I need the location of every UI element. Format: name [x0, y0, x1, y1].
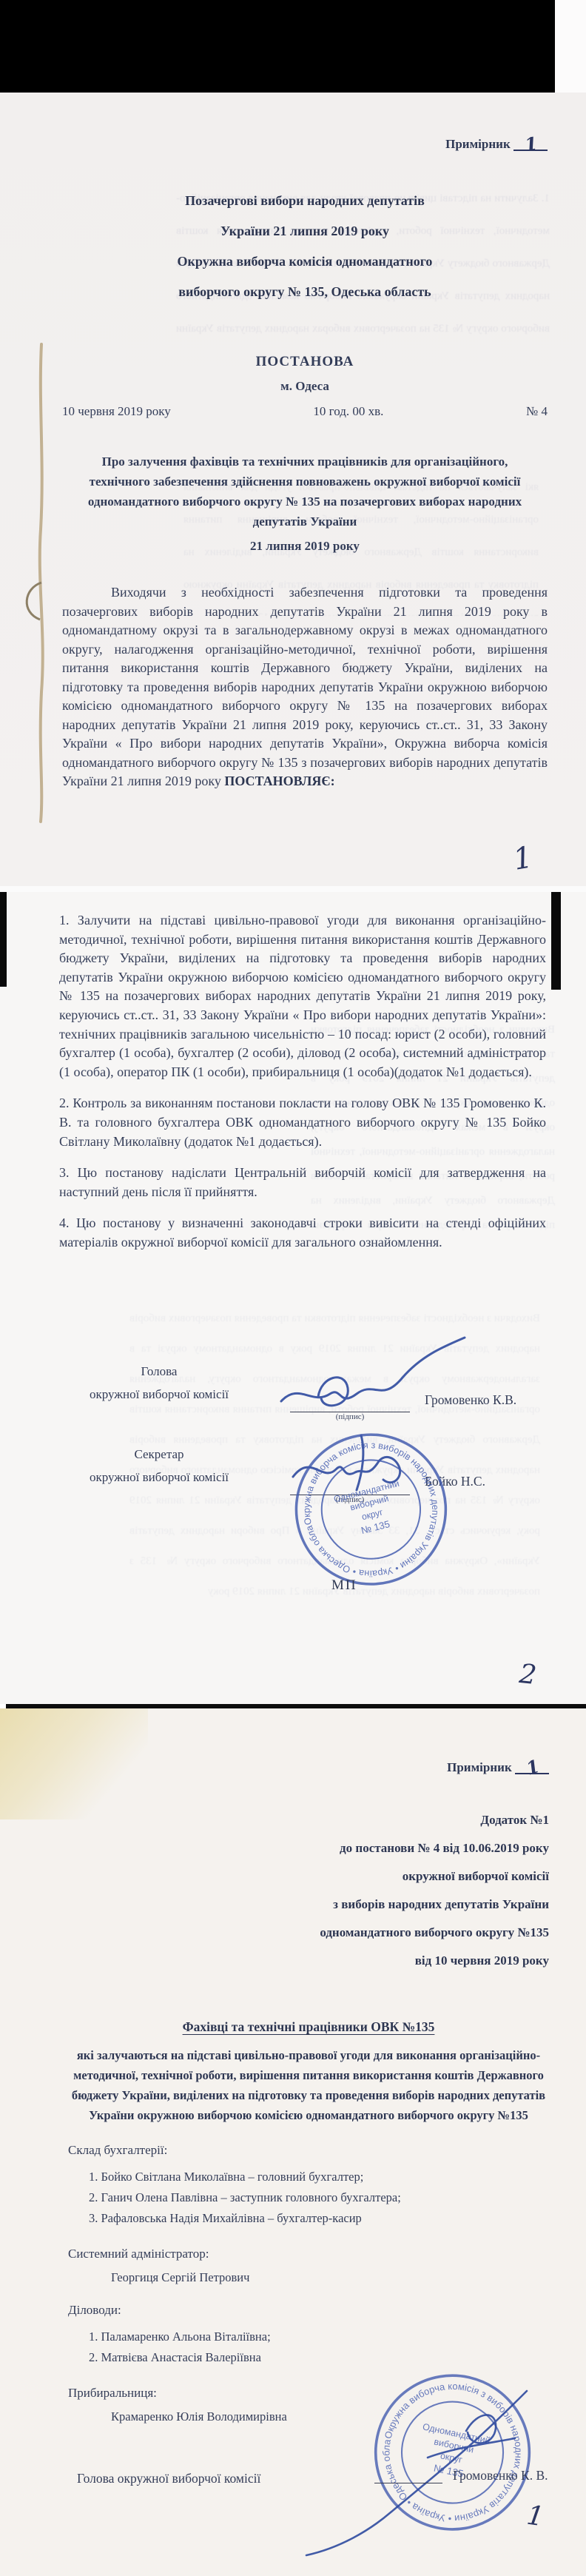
resolution-item-2: 2. Контроль за виконанням постанови покл… [59, 1094, 546, 1151]
role-line: Секретар [67, 1443, 252, 1466]
document-number: № 4 [526, 404, 548, 419]
annex-title: Фахівці та технічні працівники ОВК №135 [68, 2019, 549, 2035]
role-line: Голова [67, 1360, 252, 1383]
section-clerks-title: Діловоди: [68, 2303, 549, 2318]
preamble-resolves-word: ПОСТАНОВЛЯЄ: [224, 774, 334, 788]
exemplar-slot: 1 [515, 1760, 549, 1774]
document-date: 10 червня 2019 року [62, 404, 171, 419]
signatory-role-head: Голова окружної виборчої комісії [67, 1360, 252, 1406]
signatory-name-head: Громовенко К.В. [425, 1392, 516, 1408]
section-accounting-title: Склад бухгалтерії: [68, 2143, 549, 2158]
annex-line: до постанови № 4 від 10.06.2019 року [68, 1834, 549, 1862]
document-time: 10 год. 00 хв. [313, 404, 383, 419]
preamble-text: Виходячи з необхідності забезпечення під… [62, 585, 548, 788]
document-header: Позачергові вибори народних депутатів Ук… [62, 186, 548, 307]
exemplar-line: Примірник 1 [68, 1760, 549, 1775]
resolution-title-date: 21 липня 2019 року [62, 539, 548, 554]
exemplar-line: Примірник 1 [62, 137, 548, 152]
signature-line [374, 2483, 442, 2483]
resolution-item-3: 3. Цю постанову надіслати Центральній ви… [59, 1164, 546, 1201]
scanner-white-corner [555, 0, 586, 93]
resolution-items: 1. Залучити на підставі цивільно-правово… [59, 911, 546, 1265]
annex-line: Додаток №1 [68, 1806, 549, 1834]
signature-caption: (підпис) [290, 1412, 410, 1421]
exemplar-slot: 1 [513, 137, 548, 151]
accounting-list: 1. Бойко Світлана Миколаївна – головний … [89, 2167, 549, 2229]
handwritten-page-number: 2 [518, 1660, 538, 1691]
list-item: 1. Бойко Світлана Миколаївна – головний … [89, 2167, 549, 2187]
resolution-item-4: 4. Цю постанову у визначенні законодавчі… [59, 1214, 546, 1252]
footer-role: Голова окружної виборчої комісії [77, 2471, 260, 2486]
header-line: Позачергові вибори народних депутатів [62, 186, 548, 216]
stamp-place-label: МП [331, 1577, 357, 1594]
annex-line: з виборів народних депутатів України [68, 1891, 549, 1919]
scanner-black-edge [551, 892, 561, 990]
sysadmin-name: Георгиця Сергій Петрович [111, 2270, 549, 2285]
header-line: виборчого округу № 135, Одеська область [62, 277, 548, 307]
list-item: 2. Ганич Олена Павлівна – заступник голо… [89, 2187, 549, 2208]
signature-line: (підпис) [290, 1412, 410, 1421]
scanner-black-edge [0, 892, 7, 987]
annex-header: Додаток №1 до постанови № 4 від 10.06.20… [68, 1806, 549, 1975]
clerks-list: 1. Паламаренко Альона Віталіївна; 2. Мат… [89, 2327, 549, 2368]
footer-name: Громовенко К. В. [453, 2468, 548, 2483]
annex-intro: які залучаються на підставі цивільно-пра… [68, 2045, 549, 2125]
annex-line: одномандатного виборчого округу №135 [68, 1919, 549, 1947]
handwritten-page-number: 1 [525, 2501, 545, 2533]
exemplar-label: Примірник [447, 1760, 512, 1774]
exemplar-number-handwritten: 1 [525, 1761, 540, 1774]
section-sysadmin-title: Системний адміністратор: [68, 2247, 549, 2261]
resolution-item-1: 1. Залучити на підставі цивільно-правово… [59, 911, 546, 1081]
document-city: м. Одеса [62, 379, 548, 394]
scan-page-1: 1. Залучити на підставі цивільно-правово… [0, 0, 586, 886]
header-line: Окружна виборча комісія одномандатного [62, 246, 548, 277]
handwritten-page-number: 1 [511, 842, 535, 875]
signatory-role-secretary: Секретар окружної виборчої комісії [67, 1443, 252, 1489]
scan-page-2: Виходячи з необхідності забезпечення під… [0, 892, 586, 1704]
list-item: 2. Матвієва Анастасія Валеріївна [89, 2347, 549, 2368]
scan-gap [0, 886, 586, 892]
document-meta-row: 10 червня 2019 року 10 год. 00 хв. № 4 [62, 404, 548, 419]
resolution-preamble: Виходячи з необхідності забезпечення під… [62, 583, 548, 791]
header-line: України 21 липня 2019 року [62, 216, 548, 246]
list-item: 1. Паламаренко Альона Віталіївна; [89, 2327, 549, 2347]
resolution-title: Про залучення фахівців та технічних прац… [78, 452, 531, 531]
document-type: ПОСТАНОВА [62, 354, 548, 370]
annex-line: від 10 червня 2019 року [68, 1947, 549, 1975]
annex-line: окружної виборчої комісії [68, 1862, 549, 1891]
scanner-black-edge [0, 0, 555, 93]
binding-thread [10, 337, 62, 829]
scanned-document: { "shared": { "exemplar_label": "Примірн… [0, 0, 586, 2576]
exemplar-label: Примірник [445, 137, 511, 151]
role-line: окружної виборчої комісії [67, 1383, 252, 1406]
list-item: 3. Рафаловська Надія Михайлівна – бухгал… [89, 2208, 549, 2229]
scan-page-3: Примірник 1 Додаток №1 до постанови № 4 … [0, 1708, 586, 2576]
exemplar-number-handwritten: 1 [524, 138, 537, 150]
role-line: окружної виборчої комісії [67, 1466, 252, 1489]
